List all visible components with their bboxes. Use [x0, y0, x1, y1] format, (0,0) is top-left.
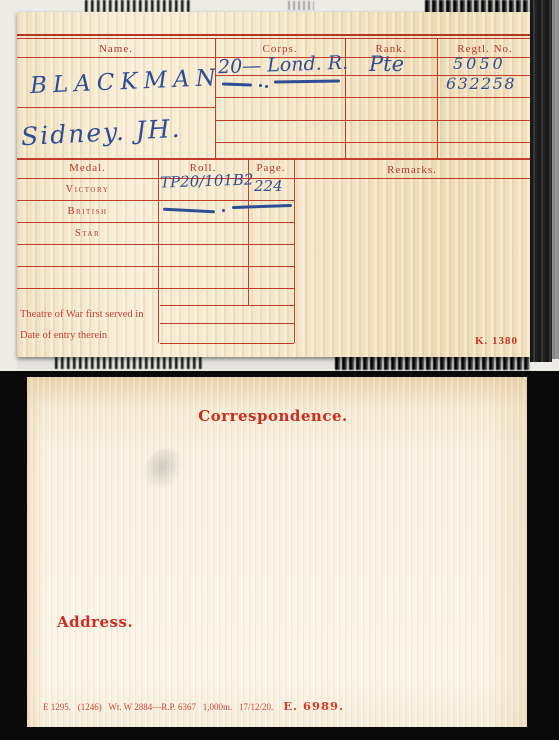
date-of-entry-label: Date of entry therein: [20, 330, 162, 341]
rule-line: [215, 142, 530, 143]
ink-underline: [232, 204, 292, 209]
print-reference-line: E 1295. (1246) Wt. W 2884—R.P. 6367 1,00…: [43, 699, 344, 713]
column-divider: [437, 39, 438, 158]
rule-line: [17, 222, 294, 223]
rank-entry: Pte: [369, 52, 404, 76]
ink-underline: [163, 208, 215, 213]
medal-row-star: Star: [17, 228, 158, 239]
roll-entry: TP20/101B2: [160, 170, 254, 191]
scan-smear: [335, 355, 530, 370]
rule-line: [215, 97, 530, 98]
correspondence-heading: Correspondence.: [27, 407, 519, 425]
medal-row-victory: Victory: [17, 184, 158, 195]
forename-entry: Sidney. JH.: [20, 114, 182, 151]
ink-underline: [222, 82, 252, 86]
form-number: K. 1380: [475, 335, 518, 347]
scan-edge-strip: [552, 0, 559, 359]
service-number-2: 632258: [446, 74, 516, 93]
rule-line: [17, 266, 294, 267]
rule-line: [17, 244, 294, 245]
ink-dot: [222, 209, 225, 212]
ink-dot: [265, 85, 268, 88]
page-column-header: Page.: [248, 162, 294, 174]
ink-underline: [274, 79, 340, 83]
rule-line: [17, 38, 530, 39]
name-column-header: Name.: [17, 43, 215, 55]
scan-edge-shadow: [530, 0, 552, 362]
medal-card-front: Name. Corps. Rank. Regtl. No. BLACKMAN S…: [17, 12, 530, 357]
scan-smear: [288, 1, 314, 10]
scanned-medal-index-card: Name. Corps. Rank. Regtl. No. BLACKMAN S…: [0, 0, 559, 740]
rule-line: [215, 120, 530, 121]
medal-row-british: British: [17, 206, 158, 217]
medal-column-header: Medal.: [17, 162, 158, 174]
rule-line: [160, 305, 294, 306]
print-line-text: E 1295. (1246) Wt. W 2884—R.P. 6367 1,00…: [43, 702, 273, 712]
page-entry: 224: [254, 177, 283, 195]
rule-line: [17, 34, 530, 36]
scan-smear: [85, 0, 190, 12]
rule-line: [17, 200, 294, 201]
surname-entry: BLACKMAN: [30, 65, 223, 99]
paper-stain: [139, 442, 188, 496]
column-divider: [215, 39, 216, 158]
rule-line: [17, 158, 530, 160]
column-divider: [294, 158, 295, 343]
theatre-of-war-label: Theatre of War first served in: [20, 309, 162, 320]
medal-card-back: Correspondence. Address. E 1295. (1246) …: [27, 377, 527, 727]
rule-line: [17, 107, 215, 108]
rule-line: [160, 323, 294, 324]
ink-dot: [259, 84, 262, 87]
rule-line: [160, 343, 294, 344]
rule-line: [17, 288, 294, 289]
corps-entry: 20— Lond. R.: [218, 52, 349, 79]
print-code: E. 6989.: [283, 699, 344, 713]
scan-smear: [55, 357, 205, 369]
remarks-column-header: Remarks.: [294, 164, 530, 176]
service-number-1: 5050: [453, 54, 506, 73]
address-heading: Address.: [57, 613, 133, 631]
